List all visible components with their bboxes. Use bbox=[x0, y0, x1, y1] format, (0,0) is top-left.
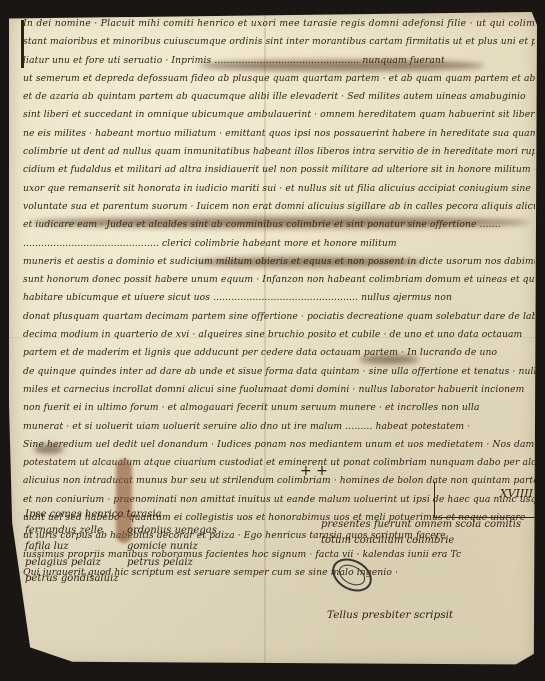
witness-list-right: presentes fuerunt omnem scola comitis to… bbox=[321, 517, 521, 549]
text-line: stant maioribus et minoribus cuiuscumque… bbox=[23, 33, 535, 51]
text-line: de quinque quindes inter ad dare ab unde… bbox=[23, 363, 535, 381]
text-line: ........................................… bbox=[23, 235, 535, 253]
text-line: voluntate sua et parentum suorum · Iuice… bbox=[23, 198, 535, 216]
text-line: sunt honorum donec possit habere unum eq… bbox=[23, 271, 535, 289]
witness-list-middle: ordonius uenegas gomicie nuniz petrus pe… bbox=[127, 523, 217, 571]
erasure-smudge bbox=[29, 217, 529, 228]
text-line: munerat · et si uoluerit uiam uoluerit s… bbox=[23, 418, 535, 436]
text-line: In dei nomine · Placuit mihi comiti henr… bbox=[23, 15, 535, 33]
era-mark: XVIIII bbox=[500, 487, 533, 500]
text-line: habitare ubicumque et uiuere sicut uos .… bbox=[23, 289, 535, 307]
text-line: potestatem ut alcaualum atque ciuarium c… bbox=[23, 454, 535, 472]
corner-annotation: cut bbox=[44, 672, 54, 679]
scribe-signature: Tellus presbiter scripsit bbox=[327, 609, 453, 621]
signum-cross-icon: + + bbox=[300, 463, 328, 479]
era-date-bracket: XVIIII bbox=[434, 482, 535, 518]
text-line: colimbrie ut dent ad nullus quam inmunit… bbox=[23, 143, 535, 161]
text-line: decima modium in quarterio de xvi · alqu… bbox=[23, 326, 535, 344]
text-line: non fuerit ei in ultimo forum · et almog… bbox=[23, 399, 535, 417]
text-line: cidium et fudaldus et militari ad altra … bbox=[23, 161, 535, 179]
witness-note: totum concilium colimbrie bbox=[321, 533, 521, 549]
text-line: uxor que remanserit sit honorata in iudi… bbox=[23, 180, 535, 198]
text-line: sint liberi et succedant in omnique ubic… bbox=[23, 106, 535, 124]
text-line: Sine heredium uel dedit uel donandum · I… bbox=[23, 436, 535, 454]
text-line: et de azaria ab quintam partem ab quacum… bbox=[23, 88, 535, 106]
witness-name: ordonius uenegas bbox=[127, 523, 217, 539]
text-line: ut semerum et depreda defossuam fideo ab… bbox=[23, 70, 535, 88]
erasure-smudge bbox=[34, 444, 64, 454]
witness-name: petrus pelaiz bbox=[127, 555, 217, 571]
witness-name: petrus gondisaluiz bbox=[25, 571, 162, 587]
text-line: ne eis milites · habeant mortuo miliatum… bbox=[23, 125, 535, 143]
text-line: donat plusquam quartam decimam partem si… bbox=[23, 308, 535, 326]
witness-name: Ipse comes henrico tarasia bbox=[25, 507, 162, 523]
text-line: miles et carnecius incrollat domni alicu… bbox=[23, 381, 535, 399]
erasure-smudge bbox=[359, 355, 419, 364]
witness-note: presentes fuerunt omnem scola comitis bbox=[321, 517, 521, 533]
parchment-document: In dei nomine · Placuit mihi comiti henr… bbox=[9, 12, 537, 667]
erasure-smudge bbox=[194, 257, 424, 267]
witness-name: gomicie nuniz bbox=[127, 539, 217, 555]
erasure-smudge bbox=[199, 60, 484, 71]
text-line: partem et de maderim et lignis que adduc… bbox=[23, 344, 535, 362]
